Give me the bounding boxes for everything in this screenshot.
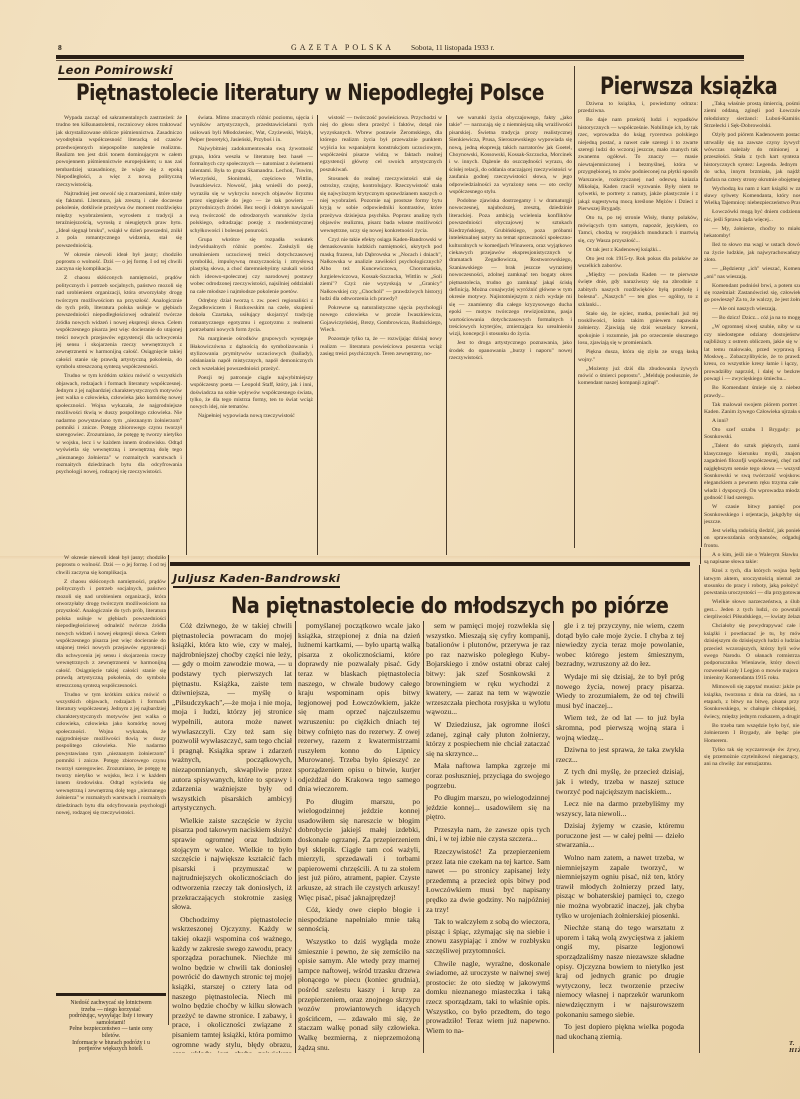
article1-column-1-continued: W okresie niewoli ideał był jasny; chodz… bbox=[56, 555, 166, 1000]
paragraph: To jest dopiero piękna wielka pogoda nad… bbox=[556, 1022, 684, 1041]
paragraph: Z chaosu skłóconych namiętności, prądów … bbox=[56, 579, 166, 690]
paragraph: „Talent do sztuk pięknych, zamiłowanie d… bbox=[704, 443, 800, 502]
column-divider bbox=[423, 621, 424, 1053]
article3-byline: Juljusz Kaden-Bandrowski bbox=[173, 572, 340, 588]
airline-advertisement: Niedość zachwycać się lotnictwemtrzeba —… bbox=[56, 1000, 166, 1053]
paragraph: — My, żołnierze, choćby to miało kosztow… bbox=[704, 226, 800, 241]
paragraph: Dziwna to jest sprawa, że taka zwykła rz… bbox=[556, 745, 684, 764]
paragraph: we warunki życia obyczajowego, fakty „ja… bbox=[449, 115, 572, 196]
paragraph: W czasie bitwy pamięć podpułkownika Sosn… bbox=[704, 504, 800, 526]
paragraph: Jest to droga artystycznego poznawania, … bbox=[449, 340, 572, 362]
paragraph: W Dziedziusz, jak ogromne ilości zdanej,… bbox=[426, 720, 550, 758]
paragraph: Ot tak jest z Kadenowej książki... bbox=[578, 247, 698, 254]
paragraph: Oto szef sztabu I Brygady: podpułkownik … bbox=[704, 427, 800, 442]
newspaper-page: 8 GAZETA POLSKA Sobota, 11 listopada 193… bbox=[56, 0, 756, 1099]
paragraph: Grupa wkrótce się rozpadła wskutek indyw… bbox=[190, 237, 313, 296]
article1-byline: Leon Pomirowski bbox=[58, 63, 173, 80]
column-divider bbox=[701, 101, 702, 547]
article1-column-2: świata. Mimo znacznych różnic poziomu, u… bbox=[190, 115, 313, 555]
paragraph: pomyślanej początkowo wcale jako książka… bbox=[298, 621, 420, 794]
article1-column-3: wistość — twórczość powieściowa. Przycho… bbox=[320, 115, 442, 555]
paper-title: GAZETA POLSKA bbox=[291, 43, 394, 52]
column-divider bbox=[446, 115, 447, 555]
paragraph: Chciałoby się powydrapywać całe kartki z… bbox=[704, 623, 800, 682]
ad-rule bbox=[56, 993, 166, 996]
ad-line: biletów. bbox=[56, 1033, 166, 1040]
paragraph: Z chaosu skłóconych namiętności, prądów … bbox=[56, 275, 182, 371]
paragraph: Najtrudniej jest oswoić się z marzeniami… bbox=[56, 191, 182, 250]
paragraph: Po długim marszu, po wielogodzinnej jeźd… bbox=[426, 793, 550, 822]
masthead-rule bbox=[56, 55, 744, 59]
issue-date: Sobota, 11 listopada 1933 r. bbox=[411, 43, 494, 52]
paragraph: — Ale oni naszych wieszają. bbox=[704, 306, 800, 313]
paragraph: Stosunek do realnej rzeczywistości stał … bbox=[320, 176, 442, 235]
ad-line: Niedość zachwycać się lotnictwem bbox=[56, 1000, 166, 1007]
ad-line: samolotami! bbox=[56, 1020, 166, 1027]
paragraph: Komendant podniósł brwi, a potem szczerz… bbox=[704, 283, 800, 305]
article2-column-1: Dziwna to książka, i, powiedzmy odrazu: … bbox=[578, 101, 698, 547]
paragraph: Chwile nagle, wyraźne, doskonale świadom… bbox=[426, 959, 550, 1036]
paragraph: Trudno w tym krótkim szkicu mówić o wszy… bbox=[56, 373, 182, 477]
paragraph: Oto jest rok 1915-ty. Rok pokus dla pola… bbox=[578, 256, 698, 271]
paragraph: — „Będziemy „ich" wieszać, Komendancie, … bbox=[704, 266, 800, 281]
ad-line: Informacje w biurach podróży i u bbox=[56, 1040, 166, 1047]
paragraph: Wielkie zaiste szczęście w życiu pisarza… bbox=[172, 816, 292, 912]
paragraph: Mimowoli się zapytać musisz: jakże powst… bbox=[704, 684, 800, 721]
paragraph: „W ogromnej siwej szubie, niby w szron i… bbox=[704, 324, 800, 383]
paragraph: A o kim, jeśli nie o Walerym Sławku mogł… bbox=[704, 552, 800, 567]
paragraph: wistość — twórczość powieściowa. Przycho… bbox=[320, 115, 442, 174]
paragraph: Po długim marszu, po wielogodzinnej jeźd… bbox=[298, 797, 420, 903]
paragraph: Lecz nie na darmo przebyliśmy my wszyscy… bbox=[556, 799, 684, 818]
paragraph: Obchodzimy piętnastolecie wskrzeszonej O… bbox=[172, 915, 292, 1053]
paragraph: Wydaje mi się dzisiaj, że to był próg no… bbox=[556, 672, 684, 710]
paragraph: Czyż nie takie efekty osiąga Kaden-Bandr… bbox=[320, 237, 442, 304]
masthead: 8 GAZETA POLSKA Sobota, 11 listopada 193… bbox=[56, 43, 756, 53]
paragraph: W okresie niewoli ideał był jasny; chodz… bbox=[56, 555, 166, 577]
article1-column-1: Wypada zacząć od sakramentalnych zastrze… bbox=[56, 115, 182, 555]
page-number: 8 bbox=[58, 43, 62, 52]
paragraph: świata. Mimo znacznych różnic poziomu, u… bbox=[190, 115, 313, 145]
paragraph: „Możemy już dziś dla zbudowania żywych m… bbox=[578, 366, 698, 388]
paragraph: Jest wielką radością śledzić, jak poniek… bbox=[704, 528, 800, 550]
paragraph: „Między — powiada Kaden — te pierwsze św… bbox=[578, 272, 698, 309]
paragraph: Rzeczywistość! Za przepierzeniem przez l… bbox=[426, 847, 550, 914]
paragraph: sem w pamięci mojej rozwlekła się wszyst… bbox=[426, 621, 550, 717]
paragraph: Ktoś z tych, dla których wojna będzie ju… bbox=[704, 568, 800, 598]
paragraph: Wychodzą ku nam z kart książki w zaroli … bbox=[704, 186, 800, 208]
column-divider bbox=[700, 548, 701, 564]
paragraph: Niechże staną do tego warsztatu z uporem… bbox=[556, 923, 684, 1019]
article3-headline: Na piętnastolecie do młodszych po piórze bbox=[231, 594, 668, 619]
column-divider bbox=[295, 621, 296, 1053]
paragraph: Oto tu, po tej stronie Wisły, tłumy pola… bbox=[578, 215, 698, 245]
ad-line: trzeba — niego korzystać bbox=[56, 1007, 166, 1014]
paragraph: Cóż dziwnego, że w takiej chwili piętnas… bbox=[172, 621, 292, 813]
ad-line: portjerów większych hoteli. bbox=[56, 1046, 166, 1053]
column-divider bbox=[186, 115, 187, 555]
paragraph: Z tych dni myślę, że przecież dzisiaj, j… bbox=[556, 767, 684, 796]
ad-line: podróżując, wysyłając listy i towary bbox=[56, 1013, 166, 1020]
section-divider bbox=[574, 66, 575, 548]
paragraph: W okresie niewoli ideał był jasny; chodz… bbox=[56, 252, 182, 274]
column-divider bbox=[553, 621, 554, 1053]
paragraph: Wypada zacząć od sakramentalnych zastrze… bbox=[56, 115, 182, 189]
paragraph: Poezji tej patronuje ciągle najwybitniej… bbox=[190, 375, 313, 412]
paragraph: Pokrewne są naturalistyczne ujęcia psych… bbox=[320, 305, 442, 335]
paragraph: Dzisiaj żyjemy w czasie, któremu poruczo… bbox=[556, 821, 684, 850]
paragraph: Dziwna to książka, i, powiedzmy odrazu: … bbox=[578, 101, 698, 116]
article3-column-2: pomyślanej początkowo wcale jako książka… bbox=[298, 621, 420, 1053]
paragraph: Wielkie słowo narzeczeństwa, a ślub: czy… bbox=[704, 599, 800, 621]
paragraph: Tylko tak się wyczarowuje ów żywy, udzie… bbox=[704, 747, 800, 769]
article2-headline: Pierwsza książka bbox=[600, 72, 777, 100]
article2-signature: T. HIŻ bbox=[789, 1040, 800, 1054]
paragraph: Bo daje nam przekrój ludzi i wypadków hi… bbox=[578, 117, 698, 213]
paragraph: Wiem też, że od lat — to już była skromn… bbox=[556, 713, 684, 742]
paragraph: Bo trzeba tam wszędzie było być, nie tyl… bbox=[704, 723, 800, 745]
column-divider bbox=[699, 565, 700, 1053]
paragraph: Łowczówki mogą być dniem codziennym, i t… bbox=[704, 209, 800, 224]
paragraph: Pozostaje tylko ta, że — rozwijając dzis… bbox=[320, 336, 442, 358]
paragraph: Wszystko to dziś wygląda może śmiesznie … bbox=[298, 937, 420, 1052]
paragraph: Piękna dusza, która się ziyła ze srogą ł… bbox=[578, 349, 698, 364]
paragraph: — Bo dzicz! Dzicz... cóż ja na to mogę p… bbox=[704, 315, 800, 322]
paragraph: Mała naftowa lampka zgrzeje mi coraz pos… bbox=[426, 761, 550, 790]
paragraph: A inni? bbox=[704, 418, 800, 425]
article3-column-4: gle i z tej przyczyny, nie wiem, czem do… bbox=[556, 621, 684, 1053]
paragraph: Wolno nam zatem, a nawet trzeba, w niemn… bbox=[556, 853, 684, 920]
paragraph: Najpełniej wypowiada nową rzeczywistość bbox=[190, 413, 313, 420]
paragraph: Cóż, kiedy owe ciepło błogie i niespodzi… bbox=[298, 905, 420, 934]
paragraph: Najwybitniej zadokumentowała swą żywotno… bbox=[190, 146, 313, 235]
paragraph: Bo Komendant śmieje się z niebezpieczeńs… bbox=[704, 385, 800, 400]
paragraph: Tak to walczyłem z sobą do wieczora, pis… bbox=[426, 917, 550, 955]
paragraph: Tak malował swojem piórem portret Komend… bbox=[704, 402, 800, 417]
article3-column-3: sem w pamięci mojej rozwlekła się wszyst… bbox=[426, 621, 550, 1053]
masthead-rule-thin bbox=[56, 60, 744, 61]
paragraph: gle i z tej przyczyny, nie wiem, czem do… bbox=[556, 621, 684, 669]
article1-column-4: we warunki życia obyczajowego, fakty „ja… bbox=[449, 115, 572, 555]
column-divider bbox=[168, 555, 169, 1025]
ad-line: Pełne bezpieczeństwo — tanie ceny bbox=[56, 1026, 166, 1033]
paragraph: Ileż to słowo ma wagi w ustach dowódcy, … bbox=[704, 242, 800, 264]
article2-column-2: „Taką właśnie prostą śmiercią, pośmiele … bbox=[704, 101, 800, 989]
section-rule bbox=[170, 562, 690, 566]
article3-column-1: Cóż dziwnego, że w takiej chwili piętnas… bbox=[172, 621, 292, 1053]
paragraph: Ożyły pod piórem Kadenowem postacie zmar… bbox=[704, 132, 800, 184]
paragraph: Trudno w tym krótkim szkicu mówić o wszy… bbox=[56, 692, 166, 818]
paragraph: Stało się, że ojciec, matka, poniechali … bbox=[578, 311, 698, 348]
column-divider bbox=[317, 115, 318, 555]
paragraph: „Taką właśnie prostą śmiercią, pośmiele … bbox=[704, 101, 800, 131]
paragraph: Na marginesie ośrodków grupowych występu… bbox=[190, 336, 313, 373]
article1-headline: Piętnastolecie literatury w Niepodległej… bbox=[76, 80, 544, 106]
paragraph: Przeszyła nam, że zawsze opis tych dni, … bbox=[426, 825, 550, 844]
paragraph: Odrębny dział tworzą t. zw. poeci region… bbox=[190, 298, 313, 335]
paragraph: Podobne zjawiska dostrzegamy i w dramatu… bbox=[449, 198, 572, 339]
